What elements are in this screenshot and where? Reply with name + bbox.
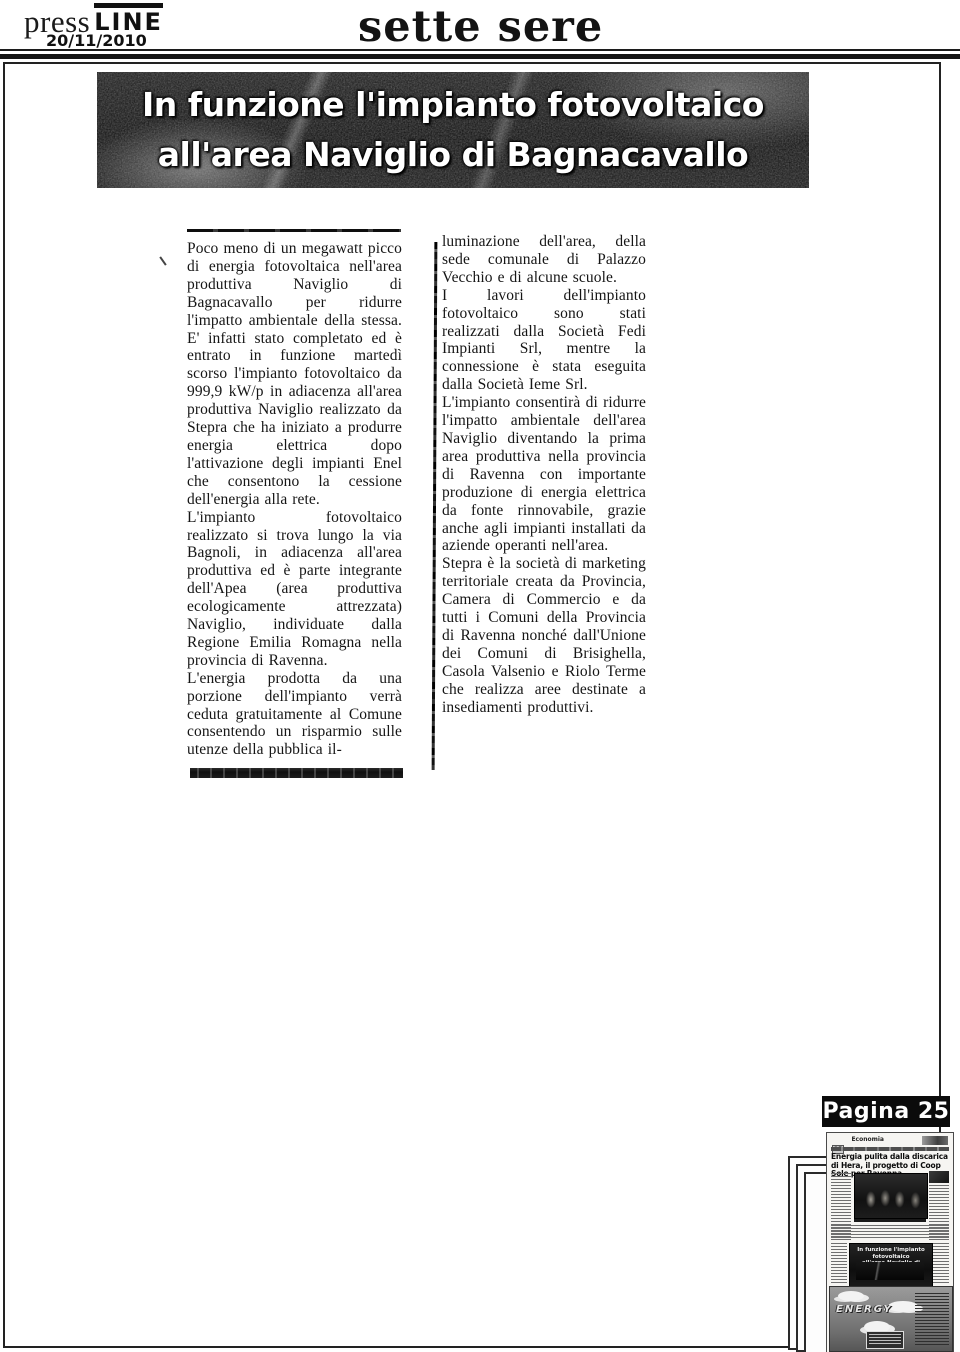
press-clipping-page: pressLINE 20/11/2010 sette sere In funzi… [0, 0, 960, 1352]
masthead: pressLINE 20/11/2010 sette sere [0, 0, 960, 49]
article-column-2: luminazione dell'area, della sede comuna… [442, 233, 646, 716]
article-headline-line1: In funzione l'impianto fotovoltaico [97, 80, 809, 130]
thumbnail-text-block [869, 1334, 901, 1346]
cloud-graphic [838, 1291, 864, 1301]
column-divider-line [432, 242, 438, 770]
page-number-badge: Pagina 25 [822, 1096, 950, 1127]
clipping-date: 20/11/2010 [46, 31, 147, 50]
masthead-rule-thick [0, 54, 960, 59]
thumbnail-mid-headline-line1: In funzione l'impianto fotovoltaico [850, 1247, 932, 1260]
thumbnail-ad-box [866, 1331, 904, 1349]
article-headline-line2: all'area Naviglio di Bagnacavallo [97, 130, 809, 180]
masthead-rule-thin [0, 49, 960, 51]
column-top-rule [187, 229, 401, 232]
article-headline: In funzione l'impianto fotovoltaico all'… [97, 72, 809, 180]
thumbnail-ad: ENERGY [829, 1286, 953, 1352]
thumbnail-text-block [831, 1225, 949, 1239]
headline-photo-banner: In funzione l'impianto fotovoltaico all'… [97, 72, 809, 188]
thumbnail-text-block [933, 1243, 949, 1283]
article-paragraph: L'impianto fotovoltaico realizzato si tr… [187, 509, 402, 670]
thumbnail-section-label: Economia [851, 1136, 884, 1143]
scan-tick-mark [159, 256, 166, 265]
article-column-1: Poco meno di un megawatt picco di energi… [187, 240, 402, 759]
thumbnail-text-block [831, 1243, 847, 1283]
article-end-bar [190, 768, 403, 778]
newspaper-page-thumbnail: 25 Economia Energia pulita dalla discari… [826, 1132, 954, 1352]
article-paragraph: I lavori dell'impianto fotovoltaico sono… [442, 287, 646, 394]
thumbnail-photo-caption-bar [854, 1219, 926, 1222]
thumbnail-text-block [915, 1293, 949, 1345]
article-paragraph: Poco meno di un megawatt picco di energi… [187, 240, 402, 509]
article-paragraph: Stepra è la società di marketing territo… [442, 555, 646, 716]
thumbnail-photo [854, 1173, 928, 1219]
publication-title: sette sere [358, 2, 603, 52]
thumbnail-side-image [929, 1171, 949, 1183]
thumbnail-header-graphic [922, 1136, 948, 1145]
article-paragraph: luminazione dell'area, della sede comuna… [442, 233, 646, 287]
thumbnail-mid-photo [856, 1262, 924, 1280]
thumbnail-article-banner: In funzione l'impianto fotovoltaico all'… [849, 1243, 933, 1288]
thumbnail-kicker-line [831, 1147, 949, 1151]
thumbnail-page-header: 25 Economia [832, 1136, 948, 1146]
article-paragraph: L'energia prodotta da una porzione dell'… [187, 670, 402, 760]
article-paragraph: L'impianto consentirà di ridurre l'impat… [442, 394, 646, 555]
thumbnail-ad-brand: ENERGY [836, 1304, 893, 1315]
